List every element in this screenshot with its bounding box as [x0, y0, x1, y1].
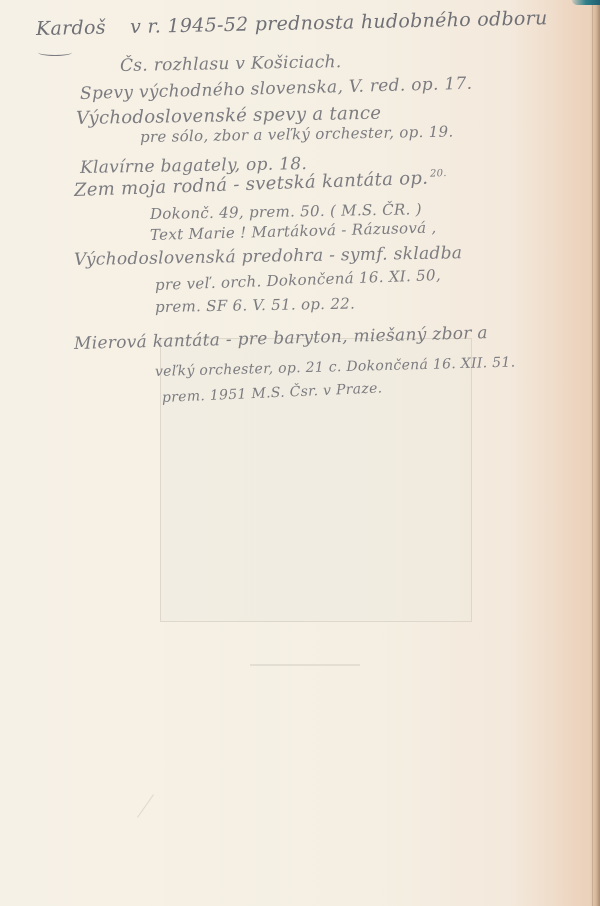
entry-work: Východoslovenská predohra - symf. skladb…: [74, 243, 463, 270]
entry-heading-continued: Čs. rozhlasu v Košiciach.: [120, 52, 342, 76]
page-edge-shadow: [590, 0, 600, 906]
name-underline: [38, 49, 72, 56]
entry-work-detail: pre veľ. orch. Dokončená 16. XI. 50,: [155, 266, 441, 294]
entry-work-detail: Text Marie ! Martáková - Rázusová ,: [150, 219, 437, 244]
plate-mark-rectangle: [160, 338, 472, 622]
entry-work: Spevy východného slovenska, V. red. op. …: [80, 74, 473, 104]
heading-text: v r. 1945-52 prednosta hudobného odboru: [130, 7, 548, 38]
corner-color-tab: [572, 0, 600, 5]
composer-name: Kardoš: [36, 17, 106, 40]
manuscript-page: Kardoš v r. 1945-52 prednosta hudobného …: [0, 0, 600, 906]
opus-number: 20.: [430, 168, 447, 180]
bleed-through-mark: [250, 664, 360, 666]
stray-pencil-mark: [137, 794, 154, 818]
entry-heading: Kardoš v r. 1945-52 prednosta hudobného …: [36, 7, 548, 40]
entry-work-detail: prem. SF 6. V. 51. op. 22.: [155, 295, 355, 316]
